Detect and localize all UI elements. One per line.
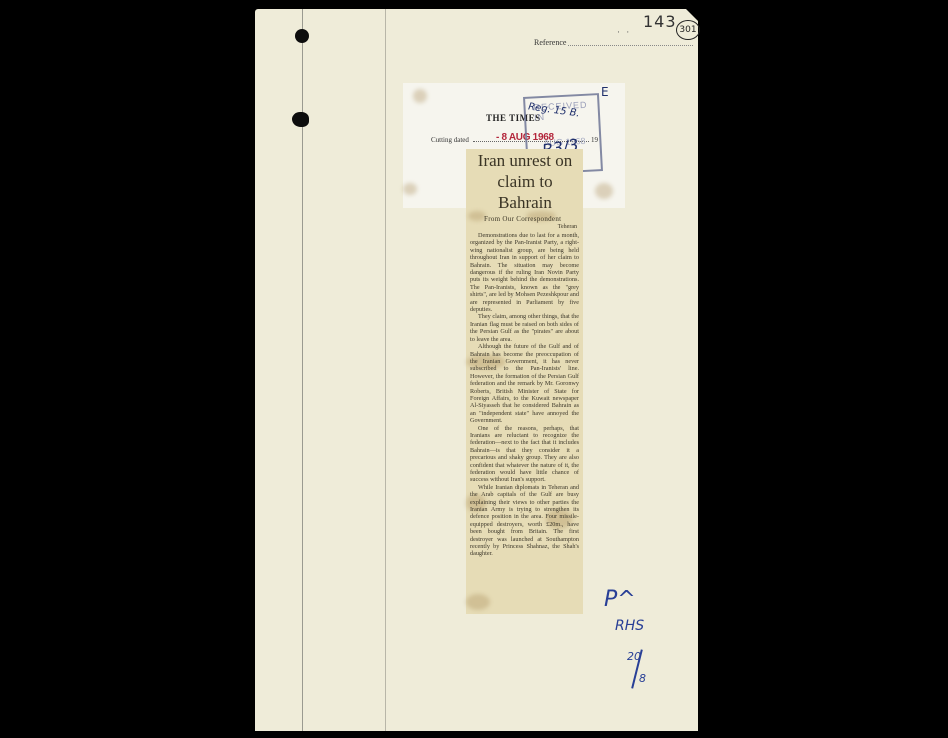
reference-label: Reference xyxy=(534,38,566,47)
folio-number: 143 xyxy=(643,12,677,31)
article-paragraph: Demonstrations due to last for a month, … xyxy=(470,232,579,313)
stain xyxy=(413,89,427,103)
punch-hole xyxy=(295,29,309,43)
stain xyxy=(403,183,417,195)
newspaper-clipping: Iran unrest on claim to Bahrain From Our… xyxy=(466,149,583,614)
handwritten-month: 8 xyxy=(639,672,646,685)
article-paragraph: While Iranian diplomats in Teheran and t… xyxy=(470,484,579,558)
article-paragraph: One of the reasons, perhaps, that Irania… xyxy=(470,425,579,484)
pencil-marks: · · xyxy=(617,27,631,37)
cutting-dated-label: Cutting dated xyxy=(431,136,469,144)
stain xyxy=(466,594,490,610)
stain xyxy=(595,183,613,199)
circled-number: 301 xyxy=(676,20,700,40)
article-paragraph: They claim, among other things, that the… xyxy=(470,313,579,343)
article-paragraph: Although the future of the Gulf and of B… xyxy=(470,343,579,424)
article-headline: Iran unrest on claim to Bahrain xyxy=(474,150,576,213)
reference-line xyxy=(568,45,693,46)
punch-hole xyxy=(292,112,309,127)
article-body: Demonstrations due to last for a month, … xyxy=(470,232,579,558)
article-byline: From Our Correspondent xyxy=(484,215,561,223)
margin-line xyxy=(385,9,386,731)
handwritten-initial: P^ xyxy=(604,587,636,612)
handwritten-initials: RHS xyxy=(615,618,644,634)
article-dateline: Teheran xyxy=(558,224,577,230)
handwritten-letter: E xyxy=(601,85,609,99)
file-page: · · 143 301 Reference THE TIMES Cutting … xyxy=(255,9,698,731)
